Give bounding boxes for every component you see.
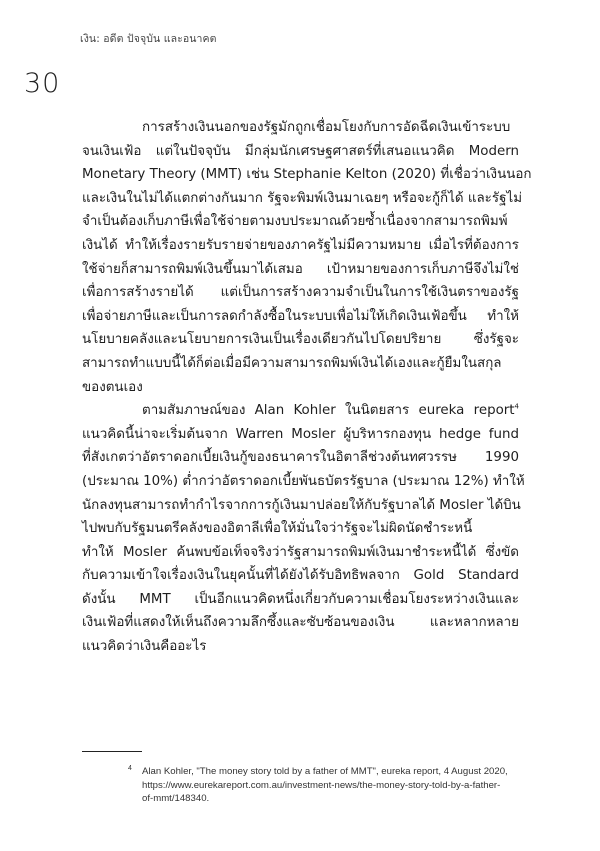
text-line: แนวคิดนี้น่าจะเริ่มต้นจาก Warren Mosler … [82, 423, 519, 447]
text-line: Monetary Theory (MMT) เช่น Stephanie Kel… [82, 163, 519, 187]
text-line: จนเงินเฟ้อ แต่ในปัจจุบัน มีกลุ่มนักเศรษฐ… [82, 140, 519, 164]
paragraph-1: การสร้างเงินนอกของรัฐมักถูกเชื่อมโยงกับก… [82, 116, 519, 399]
text-line: แนวคิดว่าเงินคืออะไร [82, 635, 519, 659]
paragraph-2: ตามสัมภาษณ์ของ Alan Kohler ในนิตยสาร eur… [82, 399, 519, 659]
text-line: สามารถทำแบบนี้ได้ก็ต่อเมื่อมีความสามารถพ… [82, 352, 519, 376]
footnote: 4 Alan Kohler, "The money story told by … [128, 765, 520, 806]
text-line: นโยบายคลังและนโยบายการเงินเป็นเรื่องเดีย… [82, 328, 519, 352]
text-line: เงินเฟ้อที่แสดงให้เห็นถึงความลึกซึ้งและซ… [82, 611, 519, 635]
text-line: ทำให้ Mosler ค้นพบข้อเท็จจริงว่ารัฐสามาร… [82, 541, 519, 565]
text-line: นักลงทุนสามารถทำกำไรจากการกู้เงินมาปล่อย… [82, 494, 519, 518]
text-line: ดังนั้น MMT เป็นอีกแนวคิดหนึ่งเกี่ยวกับค… [82, 588, 519, 612]
page-number: 30 [24, 68, 60, 99]
text-line: ตามสัมภาษณ์ของ Alan Kohler ในนิตยสาร eur… [82, 399, 519, 423]
text-line-content: ตามสัมภาษณ์ของ Alan Kohler ในนิตยสาร eur… [142, 403, 515, 418]
footnote-reference[interactable]: 4 [515, 403, 519, 411]
text-line: ใช้จ่ายก็สามารถพิมพ์เงินขึ้นมาได้เสมอ เป… [82, 258, 519, 282]
text-line: เพื่อจ่ายภาษีและเป็นการลดกำลังซื้อในระบบ… [82, 305, 519, 329]
footnote-divider [82, 751, 142, 752]
text-line: และเงินในไม่ได้แตกต่างกันมาก รัฐจะพิมพ์เ… [82, 187, 519, 211]
text-line: กับความเข้าใจเรื่องเงินในยุคนั้นที่ได้ยั… [82, 564, 519, 588]
running-head: เงิน: อดีต ปัจจุบัน และอนาคต [80, 30, 217, 47]
text-line: การสร้างเงินนอกของรัฐมักถูกเชื่อมโยงกับก… [82, 116, 519, 140]
text-line: เงินได้ ทำให้เรื่องรายรับรายจ่ายของภาครั… [82, 234, 519, 258]
footnote-body: Alan Kohler, "The money story told by a … [142, 765, 520, 806]
text-line: ไปพบกับรัฐมนตรีคลังของอิตาลีเพื่อให้มั่น… [82, 517, 519, 541]
text-line: เพื่อการสร้างรายได้ แต่เป็นการสร้างความจ… [82, 281, 519, 305]
text-line: ที่สังเกตว่าอัตราดอกเบี้ยเงินกู้ของธนาคา… [82, 446, 519, 470]
body-text: การสร้างเงินนอกของรัฐมักถูกเชื่อมโยงกับก… [82, 116, 519, 659]
text-line: จำเป็นต้องเก็บภาษีเพื่อใช้จ่ายตามงบประมา… [82, 210, 519, 234]
footnote-url[interactable]: of-mmt/148340. [142, 792, 520, 806]
text-line: (ประมาณ 10%) ต่ำกว่าอัตราดอกเบี้ยพันธบัต… [82, 470, 519, 494]
footnote-line: Alan Kohler, "The money story told by a … [142, 765, 520, 779]
footnote-url[interactable]: https://www.eurekareport.com.au/investme… [142, 779, 520, 793]
text-line: ของตนเอง [82, 376, 519, 400]
footnote-number: 4 [128, 762, 132, 776]
